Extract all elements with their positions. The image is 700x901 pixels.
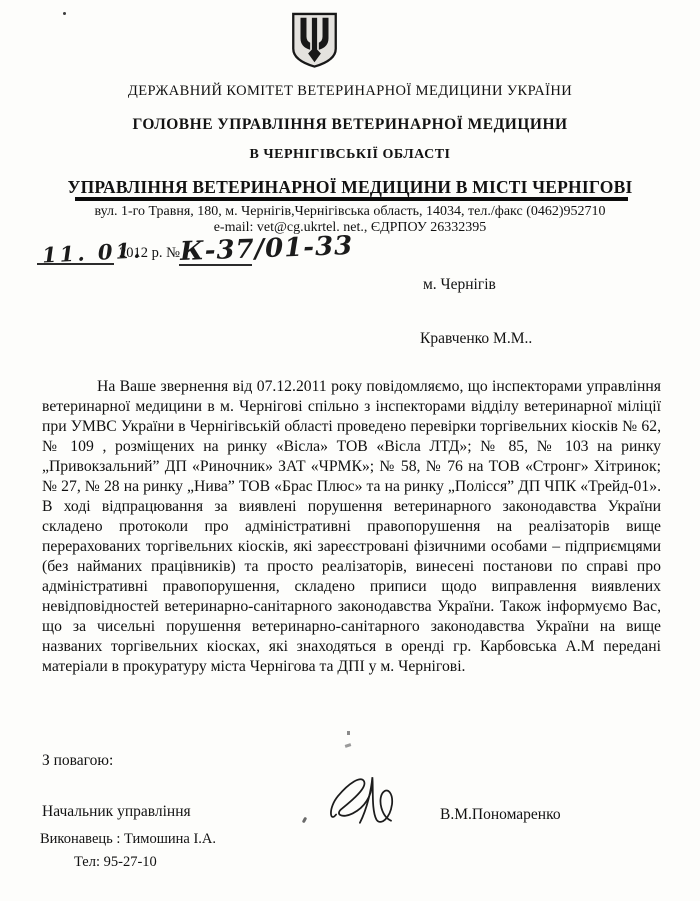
committee-name: ДЕРЖАВНИЙ КОМІТЕТ ВЕТЕРИНАРНОЇ МЕДИЦИНИ … <box>0 83 700 100</box>
printed-date-number-label: 2012 р. № <box>119 245 180 262</box>
scan-speck <box>347 731 350 735</box>
signer-title: Начальник управління <box>42 803 191 821</box>
executor-line: Виконавець : Тимошина І.А. <box>40 831 216 848</box>
scanned-letter-page: ДЕРЖАВНИЙ КОМІТЕТ ВЕТЕРИНАРНОЇ МЕДИЦИНИ … <box>0 0 700 901</box>
letterhead-divider-rule <box>75 197 628 201</box>
handwritten-signature-icon <box>318 771 406 829</box>
scan-speck <box>63 12 66 15</box>
letter-city: м. Чернігів <box>423 276 496 294</box>
ukraine-trident-emblem-icon <box>291 12 338 68</box>
scan-speck <box>302 817 307 824</box>
date-underline <box>37 263 114 265</box>
addressee-name: Кравченко М.М.. <box>420 330 532 348</box>
salutation: З повагою: <box>42 752 113 770</box>
office-title: УПРАВЛІННЯ ВЕТЕРИНАРНОЇ МЕДИЦИНИ В МІСТІ… <box>0 177 700 198</box>
department-name-line2: В ЧЕРНІГІВСЬКІЇ ОБЛАСТІ <box>0 147 700 163</box>
department-name-line1: ГОЛОВНЕ УПРАВЛІННЯ ВЕТЕРИНАРНОЇ МЕДИЦИНИ <box>0 116 700 134</box>
phone-line: Тел: 95-27-10 <box>74 854 157 871</box>
handwritten-reference-number: К-37/01-33 <box>180 231 354 267</box>
letter-body-paragraph: На Ваше звернення від 07.12.2011 року по… <box>42 377 661 677</box>
number-underline <box>179 264 252 266</box>
office-address: вул. 1-го Травня, 180, м. Чернігів,Черні… <box>0 204 700 220</box>
scan-speck <box>345 743 352 748</box>
signer-name: В.М.Пономаренко <box>440 806 561 824</box>
